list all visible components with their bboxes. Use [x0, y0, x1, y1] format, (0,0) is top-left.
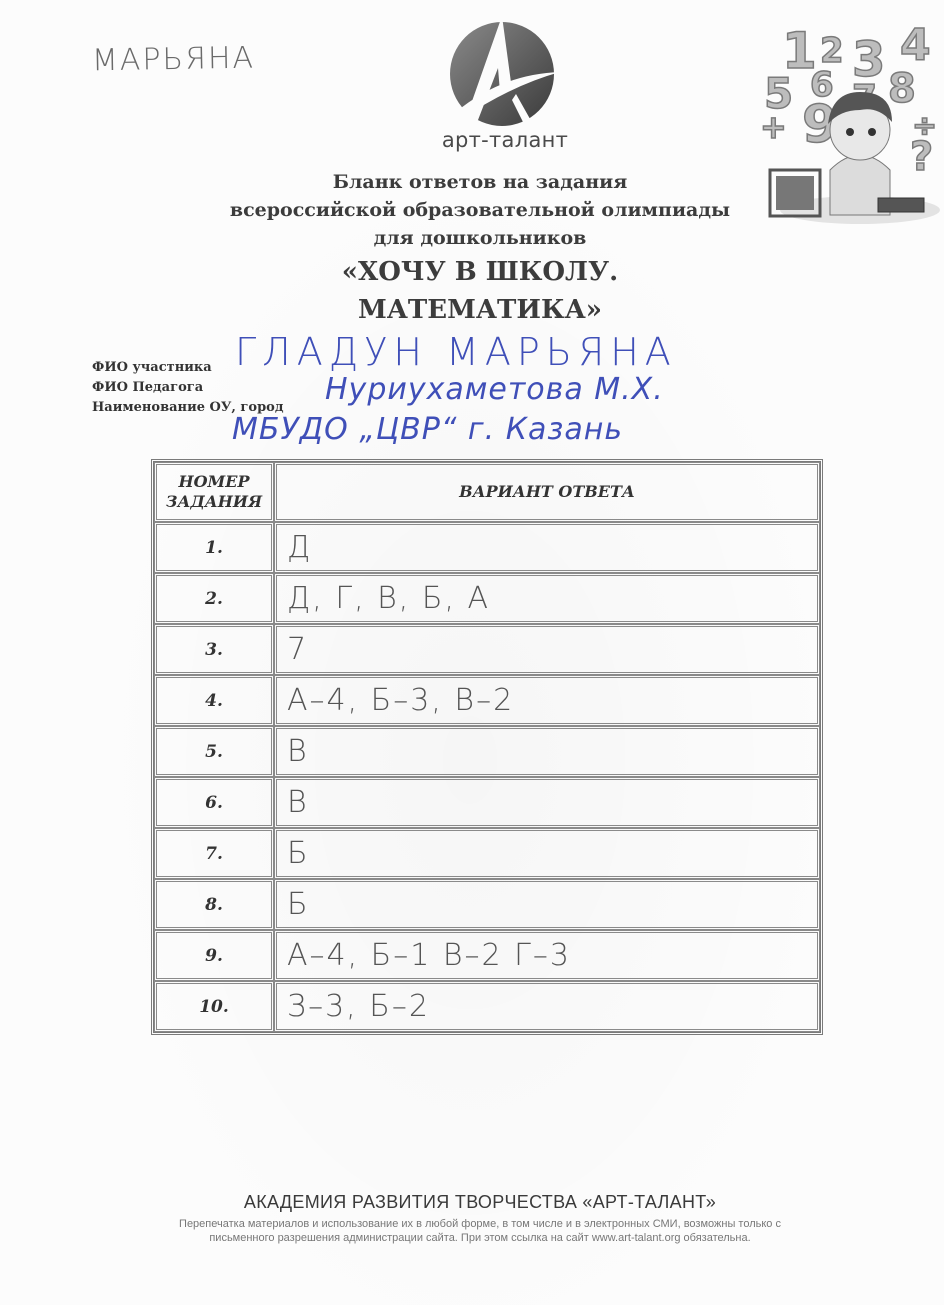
task-number-cell: 4.	[154, 675, 274, 726]
teacher-name-field[interactable]: Нуриухаметова М.Х.	[325, 372, 664, 407]
table-row: 9.А–4, Б–1 В–2 Г–3	[154, 930, 820, 981]
svg-text:4: 4	[900, 20, 931, 71]
logo-text: арт-талант	[420, 128, 590, 152]
document-title: Бланк ответов на задания всероссийской о…	[200, 168, 760, 328]
answer-cell[interactable]: А–4, Б–3, В–2	[274, 675, 820, 726]
footer-org-name: АКАДЕМИЯ РАЗВИТИЯ ТВОРЧЕСТВА «АРТ-ТАЛАНТ…	[90, 1192, 870, 1213]
answer-cell[interactable]: 7	[274, 624, 820, 675]
answer-cell[interactable]: Д	[274, 522, 820, 573]
table-row: 8.Б	[154, 879, 820, 930]
table-row: 10.З–3, Б–2	[154, 981, 820, 1032]
header-num-line-2: ЗАДАНИЯ	[157, 492, 271, 512]
answer-cell[interactable]: Д, Г, В, Б, А	[274, 573, 820, 624]
header-num-line-1: НОМЕР	[157, 472, 271, 492]
table-header-row: НОМЕР ЗАДАНИЯ ВАРИАНТ ОТВЕТА	[154, 462, 820, 522]
title-line-3: для дошкольников	[200, 224, 760, 252]
column-header-answer: ВАРИАНТ ОТВЕТА	[274, 462, 820, 522]
footer-copyright-note: Перепечатка материалов и использование и…	[90, 1217, 870, 1245]
task-number-cell: 5.	[154, 726, 274, 777]
task-number-cell: 3.	[154, 624, 274, 675]
svg-text:?: ?	[910, 134, 933, 180]
svg-text:8: 8	[888, 66, 916, 112]
task-number-cell: 7.	[154, 828, 274, 879]
answers-table: НОМЕР ЗАДАНИЯ ВАРИАНТ ОТВЕТА 1.Д2.Д, Г, …	[151, 459, 823, 1035]
teacher-label: ФИО Педагога	[92, 378, 284, 398]
table-row: 6.В	[154, 777, 820, 828]
task-number-cell: 1.	[154, 522, 274, 573]
answer-cell[interactable]: В	[274, 726, 820, 777]
boy-with-numbers-illustration: 1 2 3 4 5 6 7 8 9 + ÷ ?	[760, 10, 942, 225]
title-line-2: всероссийской образовательной олимпиады	[200, 196, 760, 224]
participant-name-field[interactable]: ГЛАДУН МАРЬЯНА	[235, 330, 677, 374]
task-number-cell: 2.	[154, 573, 274, 624]
svg-text:+: +	[760, 108, 787, 146]
title-line-5: МАТЕМАТИКА»	[200, 292, 760, 328]
task-number-cell: 8.	[154, 879, 274, 930]
footer-note-line-1: Перепечатка материалов и использование и…	[90, 1217, 870, 1231]
task-number-cell: 9.	[154, 930, 274, 981]
answer-cell[interactable]: З–3, Б–2	[274, 981, 820, 1032]
table-row: 1.Д	[154, 522, 820, 573]
corner-handwriting: МАРЬЯНА	[92, 41, 256, 79]
table-row: 5.В	[154, 726, 820, 777]
title-line-1: Бланк ответов на задания	[200, 168, 760, 196]
task-number-cell: 10.	[154, 981, 274, 1032]
footer-note-line-2: письменного разрешения администрации сай…	[90, 1231, 870, 1245]
answer-cell[interactable]: Б	[274, 879, 820, 930]
footer: АКАДЕМИЯ РАЗВИТИЯ ТВОРЧЕСТВА «АРТ-ТАЛАНТ…	[90, 1192, 870, 1245]
table-row: 4.А–4, Б–3, В–2	[154, 675, 820, 726]
task-number-cell: 6.	[154, 777, 274, 828]
title-line-4: «ХОЧУ В ШКОЛУ.	[200, 254, 760, 290]
answer-cell[interactable]: В	[274, 777, 820, 828]
column-header-task-number: НОМЕР ЗАДАНИЯ	[154, 462, 274, 522]
table-row: 2.Д, Г, В, Б, А	[154, 573, 820, 624]
table-row: 7.Б	[154, 828, 820, 879]
answer-cell[interactable]: Б	[274, 828, 820, 879]
school-name-field[interactable]: МБУДО „ЦВР“ г. Казань	[232, 412, 623, 447]
table-row: 3.7	[154, 624, 820, 675]
answer-cell[interactable]: А–4, Б–1 В–2 Г–3	[274, 930, 820, 981]
